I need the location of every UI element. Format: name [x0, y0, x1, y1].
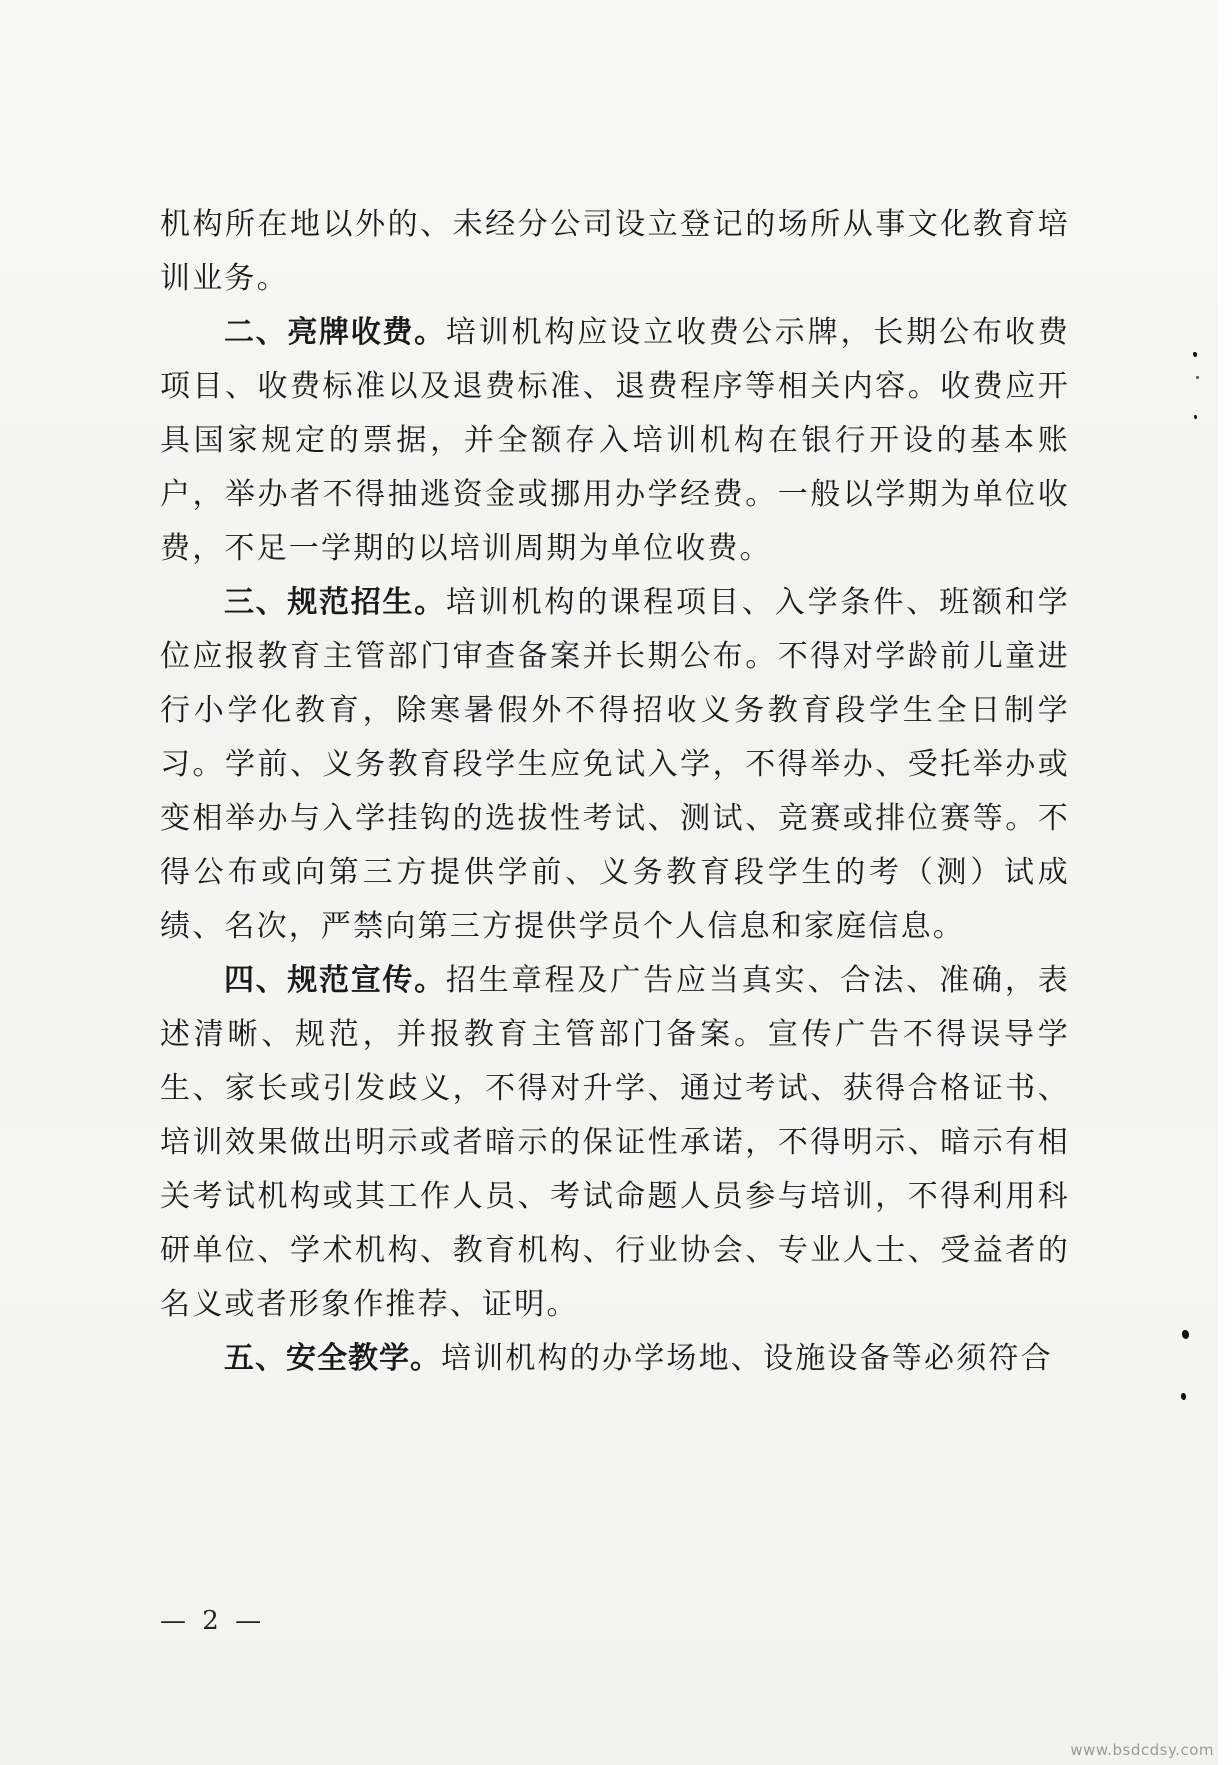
watermark: www.bsdcdsy.com	[1070, 1741, 1214, 1759]
section-heading: 三、规范招生。	[224, 585, 446, 620]
section-heading: 五、安全教学。	[224, 1341, 441, 1376]
scan-speck	[1193, 352, 1197, 357]
section-body: 招生章程及广告应当真实、合法、准确，表述清晰、规范，并报教育主管部门备案。宣传广…	[160, 963, 1070, 1322]
section-body: 培训机构应设立收费公示牌，长期公布收费项目、收费标准以及退费标准、退费程序等相关…	[160, 315, 1070, 566]
continuation-paragraph: 机构所在地以外的、未经分公司设立登记的场所从事文化教育培训业务。	[160, 198, 1070, 306]
section-advertising: 四、规范宣传。招生章程及广告应当真实、合法、准确，表述清晰、规范，并报教育主管部…	[160, 954, 1070, 1332]
section-heading: 二、亮牌收费。	[224, 315, 446, 350]
document-body: 机构所在地以外的、未经分公司设立登记的场所从事文化教育培训业务。 二、亮牌收费。…	[160, 198, 1070, 1386]
section-enrollment: 三、规范招生。培训机构的课程项目、入学条件、班额和学位应报教育主管部门审查备案并…	[160, 576, 1070, 954]
scan-speck	[1182, 1330, 1189, 1339]
scan-speck	[1181, 1393, 1186, 1400]
page-number: — 2 —	[160, 1606, 265, 1636]
scan-speck	[1194, 415, 1197, 419]
paragraph-text: 机构所在地以外的、未经分公司设立登记的场所从事文化教育培训业务。	[160, 207, 1070, 296]
scan-edge	[1218, 0, 1232, 1765]
section-fees: 二、亮牌收费。培训机构应设立收费公示牌，长期公布收费项目、收费标准以及退费标准、…	[160, 306, 1070, 576]
section-body: 培训机构的课程项目、入学条件、班额和学位应报教育主管部门审查备案并长期公布。不得…	[160, 585, 1070, 944]
section-safety: 五、安全教学。培训机构的办学场地、设施设备等必须符合	[160, 1332, 1070, 1386]
scan-speck	[1196, 376, 1199, 379]
section-heading: 四、规范宣传。	[224, 963, 446, 998]
scanned-page: 机构所在地以外的、未经分公司设立登记的场所从事文化教育培训业务。 二、亮牌收费。…	[0, 0, 1218, 1765]
section-body: 培训机构的办学场地、设施设备等必须符合	[441, 1341, 1053, 1376]
